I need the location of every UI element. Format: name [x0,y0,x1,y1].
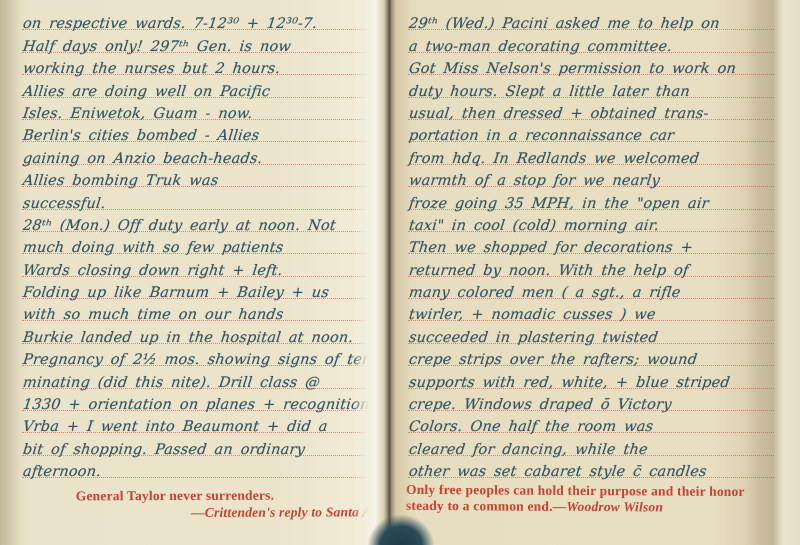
handwriting-line: 28ᵗʰ (Mon.) Off duty early at noon. Not [22,210,376,232]
handwriting-line: minating (did this nite). Drill class @ [22,366,376,388]
handwriting-line: much doing with so few patients [22,232,376,254]
handwriting-line: from hdq. In Redlands we welcomed [408,142,774,164]
quote-text: Only free peoples can hold their purpose… [406,482,745,499]
left-page-handwriting: on respective wards. 7-12³⁰ + 12³⁰-7.Hal… [22,8,376,478]
handwriting-line: Got Miss Nelson's permission to work on [408,53,774,75]
handwriting-line: working the nurses but 2 hours. [22,53,376,75]
handwriting-line: succeeded in plastering twisted [408,321,774,343]
handwriting-line: warmth of a stop for we nearly [408,165,774,187]
handwriting-line: with so much time on our hands [22,299,376,321]
handwriting-line: crepe strips over the rafters; wound [408,344,774,366]
handwriting-line: a two-man decorating committee. [408,30,774,52]
handwriting-line: Allies are doing well on Pacific [22,75,376,97]
handwriting-line: taxi" in cool (cold) morning air. [408,210,774,232]
handwriting-line: supports with red, white, + blue striped [408,366,774,388]
handwriting-line: Berlin's cities bombed - Allies [22,120,376,142]
handwriting-line: Vrba + I went into Beaumont + did a [22,411,376,433]
handwriting-line: twirler, + nomadic cusses ) we [408,299,774,321]
right-page-handwriting: 29ᵗʰ (Wed.) Pacini asked me to help ona … [408,8,774,478]
handwriting-line: successful. [22,187,376,209]
left-page: on respective wards. 7-12³⁰ + 12³⁰-7.Hal… [0,0,394,545]
handwriting-line: Isles. Eniwetok, Guam - now. [22,98,376,120]
handwriting-line: Burkie landed up in the hospital at noon… [22,321,376,343]
right-page: 29ᵗʰ (Wed.) Pacini asked me to help ona … [394,0,800,545]
handwriting-line: Colors. One half the room was [408,411,774,433]
handwriting-line: Pregnancy of 2½ mos. showing signs of te… [22,344,376,366]
printed-quote-left: General Taylor never surrenders. —Critte… [20,487,330,520]
handwriting-line: bit of shopping. Passed an ordinary [22,433,376,455]
handwriting-line: afternoon. [22,456,376,478]
handwriting-line: cleared for dancing, while the [408,433,774,455]
diary-spread: on respective wards. 7-12³⁰ + 12³⁰-7.Hal… [0,0,800,545]
handwriting-line: other was set cabaret style c̄ candles [408,456,774,478]
handwriting-line: returned by noon. With the help of [408,254,774,276]
handwriting-line: crepe. Windows draped ō Victory [408,389,774,411]
handwriting-line: 29ᵗʰ (Wed.) Pacini asked me to help on [408,8,774,30]
handwriting-line: duty hours. Slept a little later than [408,75,774,97]
handwriting-line: Allies bombing Truk was [22,165,376,187]
handwriting-line: Folding up like Barnum + Bailey + us [22,277,376,299]
handwriting-line: Wards closing down right + left. [22,254,376,276]
handwriting-line: 1330 + orientation on planes + recogniti… [22,389,376,411]
quote-attribution: —Crittenden's reply to Santa Ana [20,504,386,521]
handwriting-line: usual, then dressed + obtained trans- [408,98,774,120]
printed-quote-right: Only free peoples can hold their purpose… [406,482,766,515]
quote-attribution: Woodrow Wilson [566,498,663,514]
handwriting-line: Half days only! 297ᵗʰ Gen. is now [22,30,376,52]
handwriting-line: froze going 35 MPH, in the "open air [408,187,774,209]
handwriting-line: Then we shopped for decorations + [408,232,774,254]
handwriting-line: portation in a reconnaissance car [408,120,774,142]
handwriting-line: on respective wards. 7-12³⁰ + 12³⁰-7. [22,8,376,30]
quote-text-continued: steady to a common end.— [406,497,567,513]
quote-text: General Taylor never surrenders. [76,488,274,504]
handwriting-line: many colored men ( a sgt., a rifle [408,277,774,299]
handwriting-line: gaining on Anzio beach-heads. [22,142,376,164]
